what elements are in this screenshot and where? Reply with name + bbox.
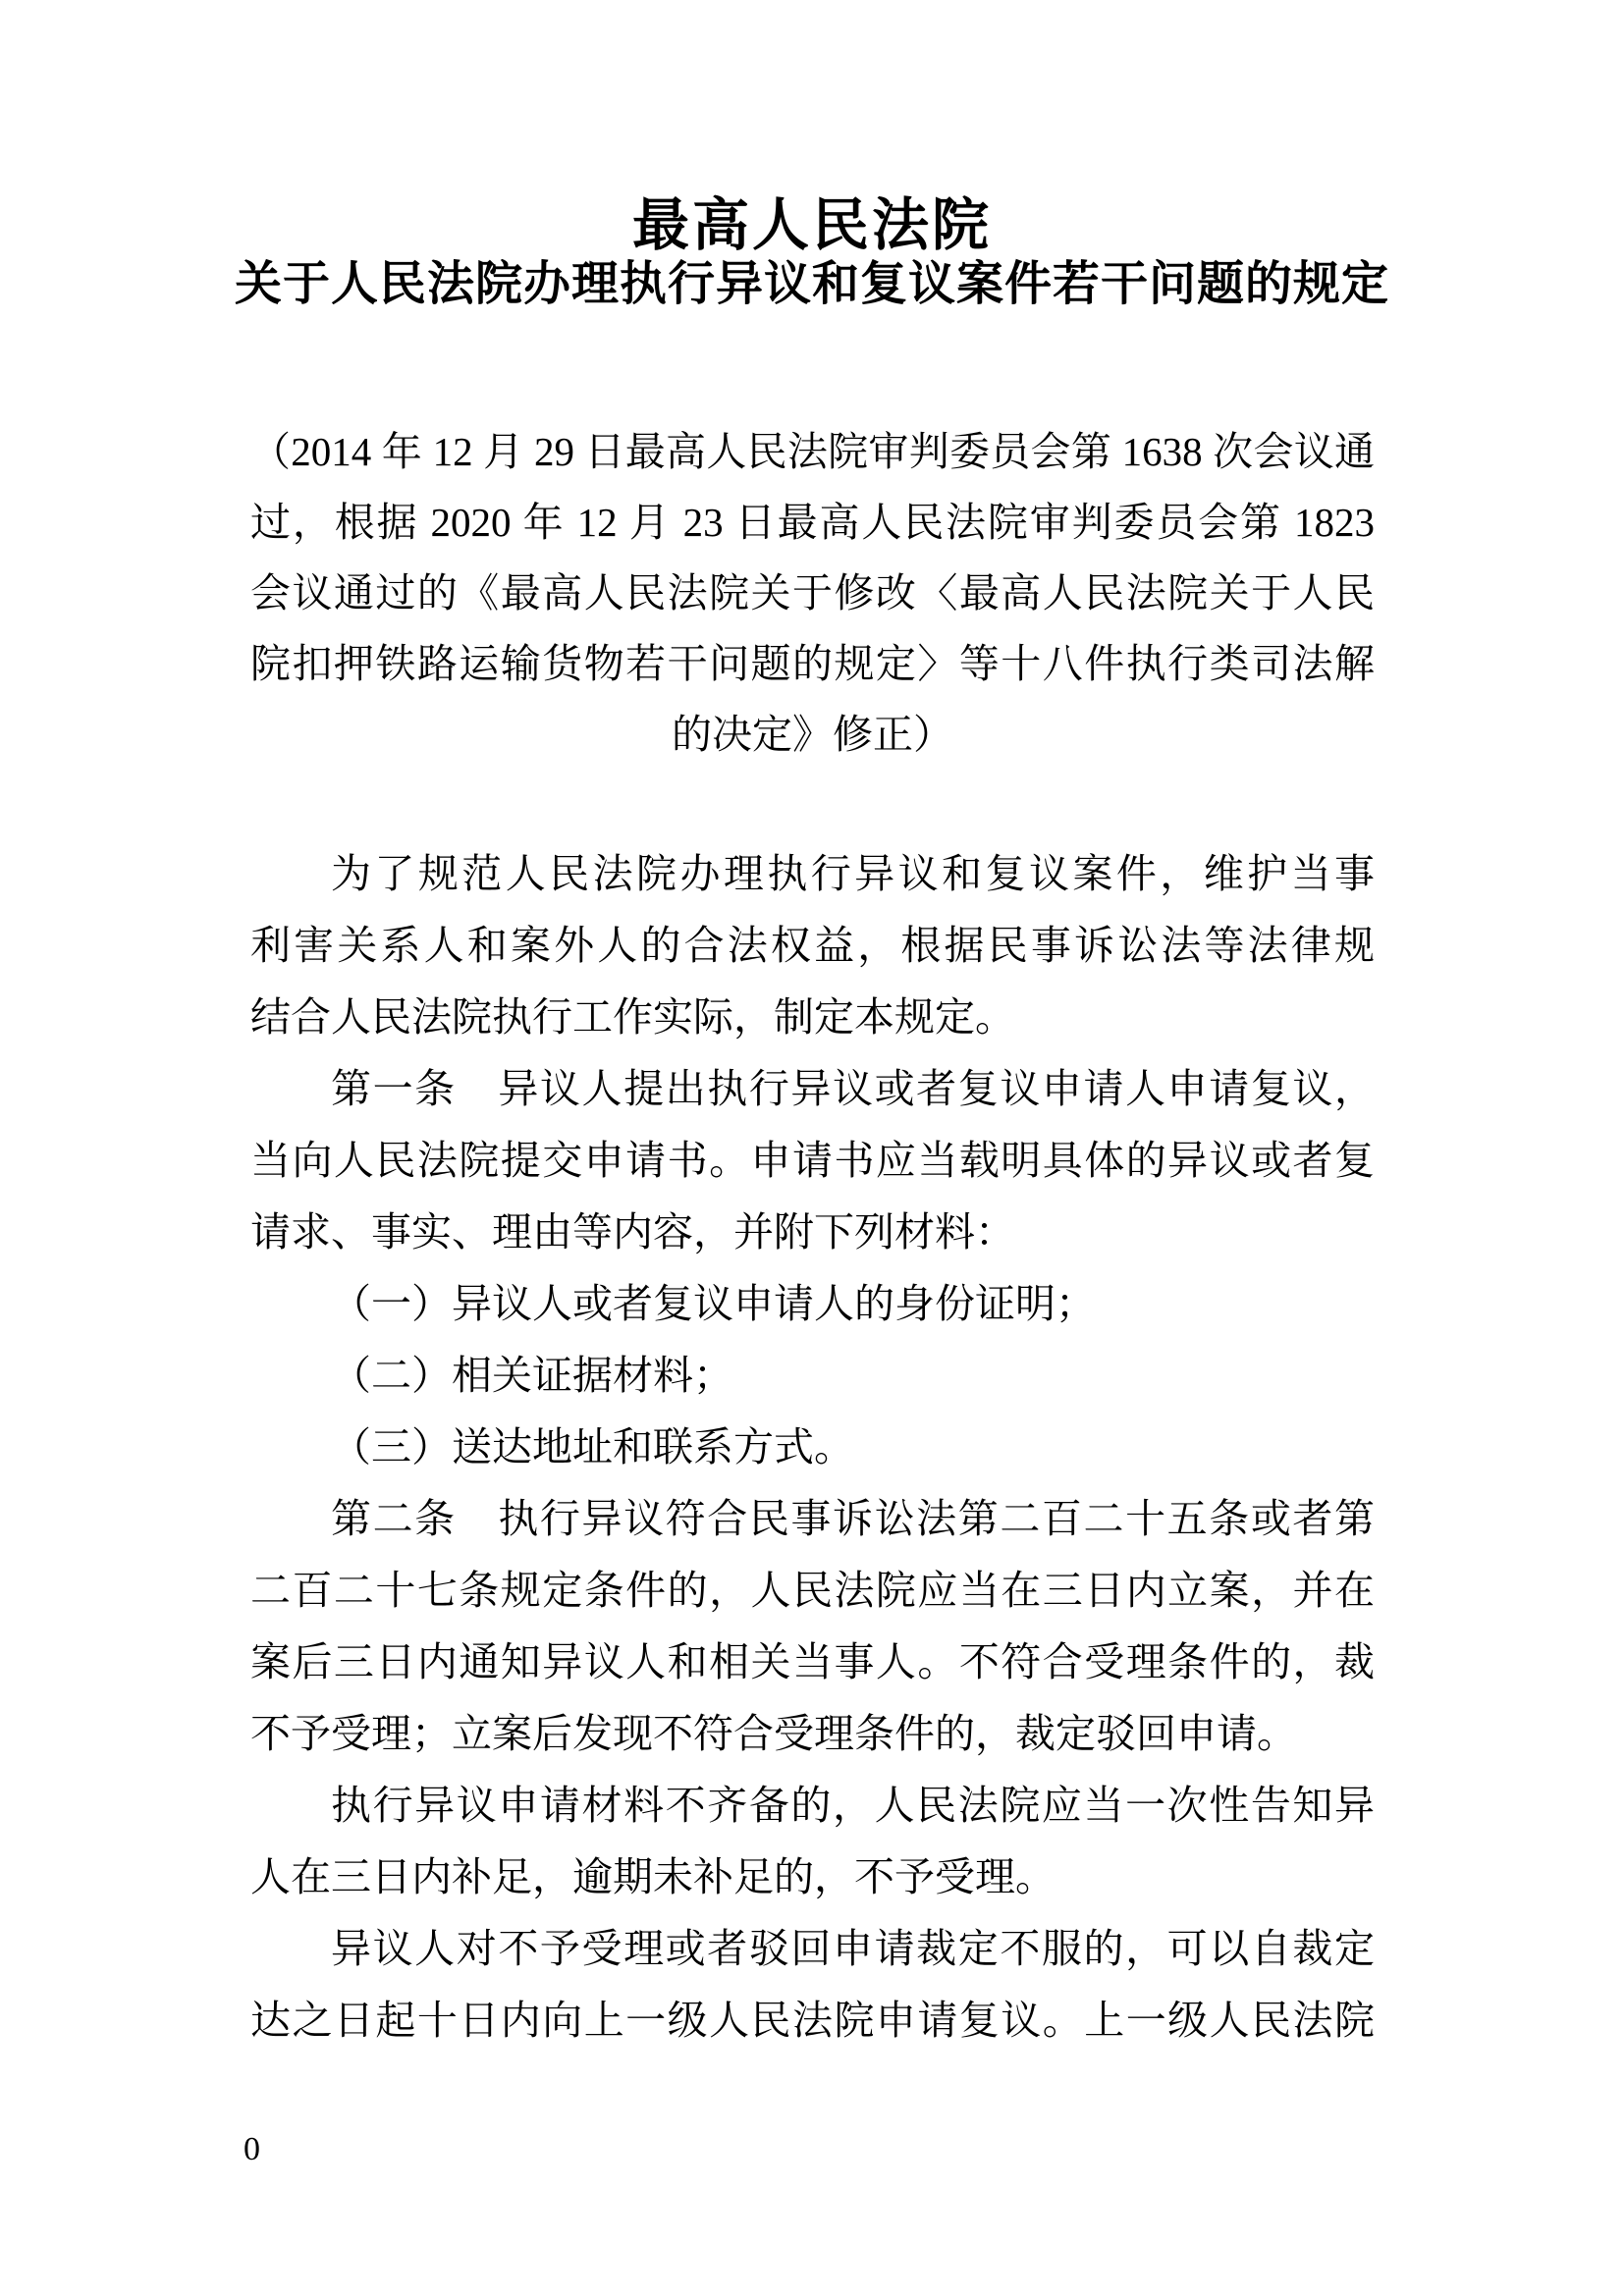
body-text-line: 利害关系人和案外人的合法权益，根据民事诉讼法等法律规定， — [250, 910, 1375, 982]
body-text-line: 案后三日内通知异议人和相关当事人。不符合受理条件的，裁定 — [250, 1627, 1375, 1698]
page-number: 0 — [244, 2130, 260, 2169]
body-text-line: （二）相关证据材料； — [250, 1340, 1375, 1412]
body-text-line: 当向人民法院提交申请书。申请书应当载明具体的异议或者复议 — [250, 1125, 1375, 1197]
preamble-line: 的决定》修正） — [250, 699, 1375, 770]
body-text-line: 不予受理；立案后发现不符合受理条件的，裁定驳回申请。 — [250, 1698, 1375, 1770]
preamble-line: 院扣押铁路运输货物若干问题的规定〉等十八件执行类司法解释 — [250, 628, 1375, 699]
body-text-block: 为了规范人民法院办理执行异议和复议案件，维护当事人、利害关系人和案外人的合法权益… — [250, 838, 1375, 2056]
preamble-line: 会议通过的《最高人民法院关于修改〈最高人民法院关于人民法 — [250, 558, 1375, 628]
body-text-line: 执行异议申请材料不齐备的，人民法院应当一次性告知异议 — [250, 1770, 1375, 1842]
body-text-line: 二百二十七条规定条件的，人民法院应当在三日内立案，并在立 — [250, 1555, 1375, 1627]
body-text-line: 结合人民法院执行工作实际，制定本规定。 — [250, 982, 1375, 1053]
body-text-line: 为了规范人民法院办理执行异议和复议案件，维护当事人、 — [250, 838, 1375, 910]
body-text-line: 人在三日内补足，逾期未补足的，不予受理。 — [250, 1842, 1375, 1913]
preamble-block: （2014 年 12 月 29 日最高人民法院审判委员会第 1638 次会议通过… — [250, 416, 1375, 770]
document-page: 最高人民法院 关于人民法院办理执行异议和复议案件若干问题的规定 （2014 年 … — [0, 0, 1624, 2296]
preamble-line: （2014 年 12 月 29 日最高人民法院审判委员会第 1638 次会议通 — [250, 416, 1375, 487]
doc-title: 最高人民法院 — [0, 0, 1624, 257]
body-text-line: 请求、事实、理由等内容，并附下列材料： — [250, 1197, 1375, 1268]
body-text-line: （一）异议人或者复议申请人的身份证明； — [250, 1268, 1375, 1340]
body-text-line: 第二条 执行异议符合民事诉讼法第二百二十五条或者第 — [250, 1483, 1375, 1555]
preamble-line: 过，根据 2020 年 12 月 23 日最高人民法院审判委员会第 1823 次 — [250, 487, 1375, 558]
body-text-line: 异议人对不予受理或者驳回申请裁定不服的，可以自裁定送 — [250, 1913, 1375, 1985]
body-text-line: 达之日起十日内向上一级人民法院申请复议。上一级人民法院审 — [250, 1985, 1375, 2056]
doc-subtitle: 关于人民法院办理执行异议和复议案件若干问题的规定 — [0, 257, 1624, 312]
body-text-line: （三）送达地址和联系方式。 — [250, 1412, 1375, 1483]
body-text-line: 第一条 异议人提出执行异议或者复议申请人申请复议，应 — [250, 1053, 1375, 1125]
